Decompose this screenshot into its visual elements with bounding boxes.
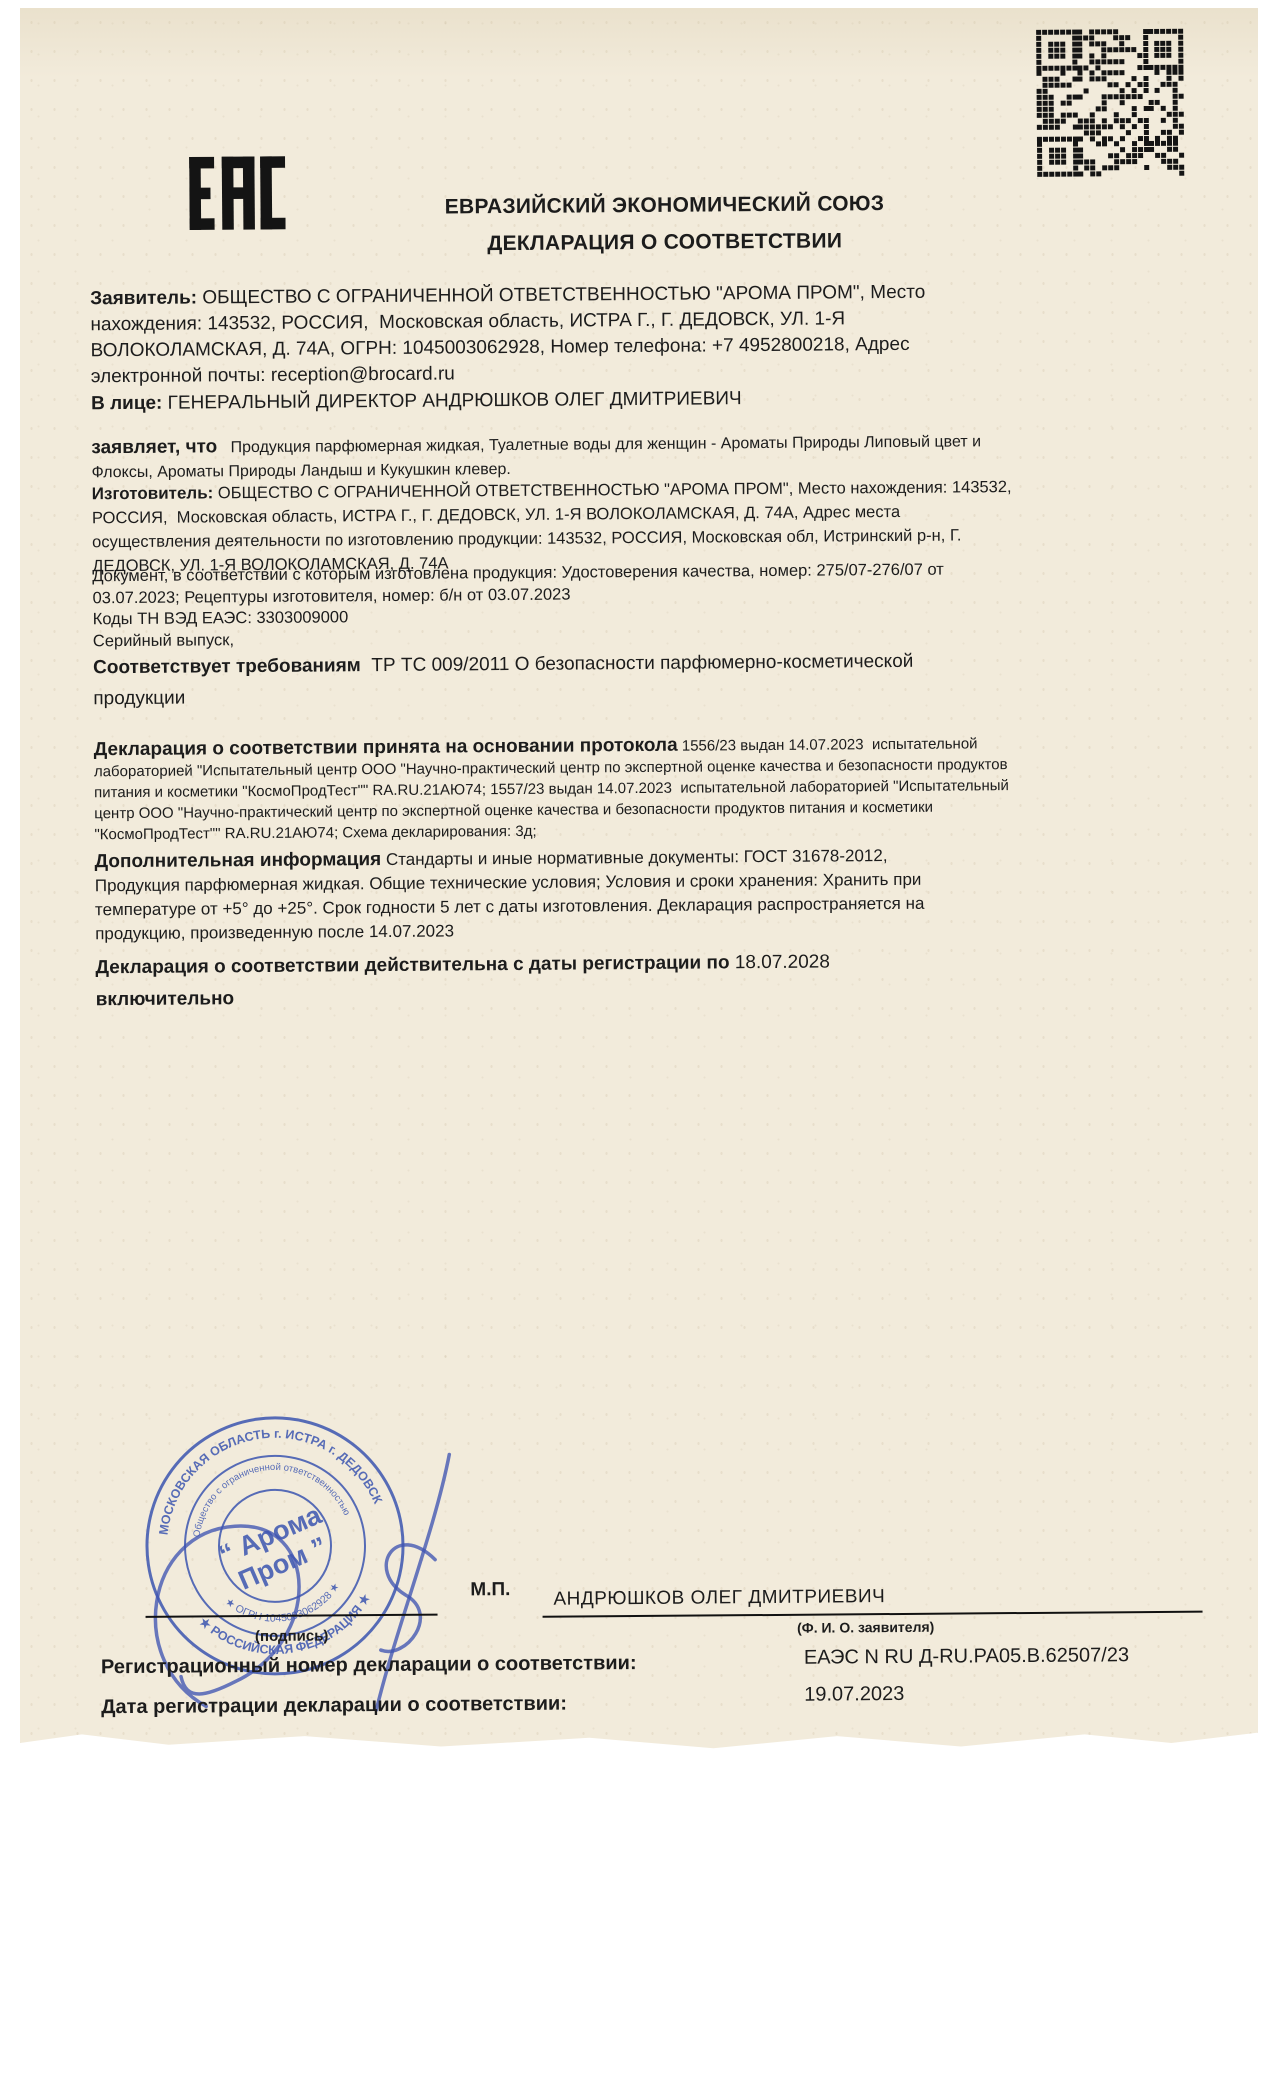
validity-date: 18.07.2028 [735,952,830,974]
qr-code [1036,29,1185,178]
signature-caption: (подпись) [156,1627,428,1646]
person-label: В лице: [91,393,162,415]
validity-suffix: включительно [96,988,235,1010]
protocol-paragraph: Декларация о соответствии принята на осн… [94,730,1250,845]
applicant-paragraph: Заявитель: ОБЩЕСТВО С ОГРАНИЧЕННОЙ ОТВЕТ… [90,277,1246,390]
additional-info-paragraph: Дополнительная информация Стандарты и ин… [95,841,1251,946]
protocol-label: Декларация о соответствии принята на осн… [94,735,678,761]
compliance-label: Соответствует требованиям [93,655,361,678]
additional-info-label: Дополнительная информация [95,849,382,872]
applicant-label: Заявитель: [90,287,197,309]
applicant-text: ОБЩЕСТВО С ОГРАНИЧЕННОЙ ОТВЕТСТВЕННОСТЬЮ… [90,282,925,388]
manufacturer-label: Изготовитель: [92,483,214,503]
person-text: ГЕНЕРАЛЬНЫЙ ДИРЕКТОР АНДРЮШКОВ ОЛЕГ ДМИТ… [162,388,741,414]
declares-label: заявляет, что [91,436,217,458]
registration-number-value: ЕАЭС N RU Д-RU.РА05.В.62507/23 [804,1644,1129,1670]
name-caption: (Ф. И. О. заявителя) [656,1618,1076,1637]
registration-date-label: Дата регистрации декларации о соответств… [101,1693,567,1720]
scanned-declaration-page: ЕВРАЗИЙСКИЙ ЭКОНОМИЧЕСКИЙ СОЮЗ ДЕКЛАРАЦИ… [0,0,1275,2100]
paper-sheet: ЕВРАЗИЙСКИЙ ЭКОНОМИЧЕСКИЙ СОЮЗ ДЕКЛАРАЦИ… [20,8,1258,1750]
applicant-full-name: АНДРЮШКОВ ОЛЕГ ДМИТРИЕВИЧ [553,1586,885,1611]
stamp-place-label: М.П. [470,1579,510,1601]
declares-text: Продукция парфюмерная жидкая, Туалетные … [91,433,981,481]
compliance-paragraph: Соответствует требованиям ТР ТС 009/2011… [93,643,1248,714]
registration-number-label: Регистрационный номер декларации о соотв… [101,1652,637,1679]
validity-label: Декларация о соответствии действительна … [95,952,735,978]
registration-date-value: 19.07.2023 [804,1683,904,1707]
name-underline [543,1611,1203,1618]
document-title: ДЕКЛАРАЦИЯ О СООТВЕТСТВИИ [90,226,1240,259]
handwritten-signature [84,1409,507,1742]
validity-paragraph: Декларация о соответствии действительна … [95,943,1250,1016]
